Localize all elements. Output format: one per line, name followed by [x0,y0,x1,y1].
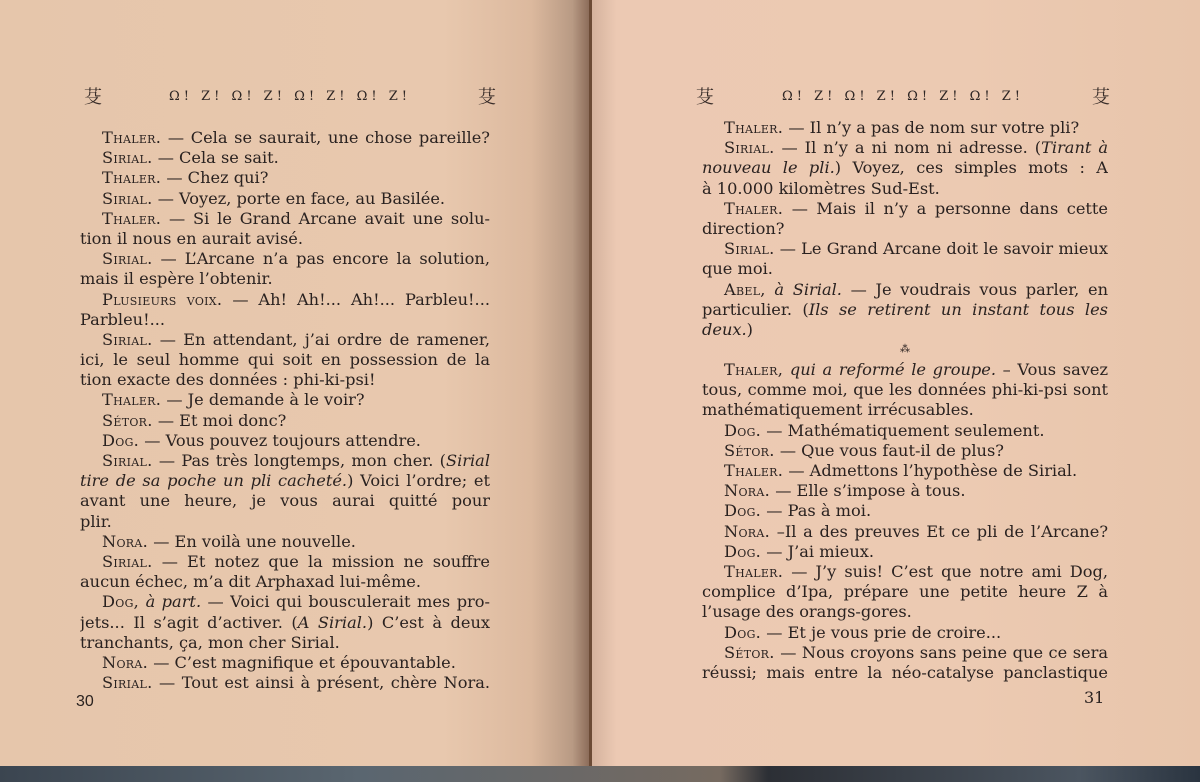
speaker-name: Sirial. [724,138,775,157]
dialogue-text: plir. [80,512,112,531]
speaker-name: Sirial. [102,330,153,349]
speaker-name: Sétor. [102,411,153,430]
text-line: Nora. — En voilà une nouvelle. [80,532,490,552]
text-line: particulier. (Ils se retirent un instant… [702,300,1108,320]
dialogue-text: que moi. [702,259,773,278]
dialogue-text: — Elle s’impose à tous. [770,481,965,500]
stage-direction: nouveau le pli. [702,158,835,177]
dialogue-text: tion il nous en aurait avisé. [80,229,303,248]
running-head: Ω! Z! Ω! Z! Ω! Z! Ω! Z! [782,89,1024,104]
dialogue-text: mais il espère l’obtenir. [80,269,273,288]
right-page: 芟 Ω! Z! Ω! Z! Ω! Z! Ω! Z! 芟 Thaler. — Il… [592,0,1200,768]
dialogue-text: ) Voici l’ordre; et [347,471,490,490]
ornament-icon: 芟 [696,83,714,109]
stage-direction: Sirial [446,451,490,470]
text-line: Dog. — Pas à moi. [702,501,1108,521]
speaker-name: Nora. [102,653,148,672]
text-line: Dog. — Et je vous prie de croire... [702,623,1108,643]
speaker-name: Thaler, [724,360,783,379]
dialogue-text: — Pas très longtemps, mon cher. ( [153,451,446,470]
dialogue-text: ) [747,320,753,339]
text-line: Sétor. — Et moi donc? [80,411,490,431]
dialogue-text: — Mathématiquement seulement. [761,421,1044,440]
text-line: tion il nous en aurait avisé. [80,229,490,249]
ornament-icon: 芟 [84,83,102,109]
speaker-name: Thaler. [102,128,161,147]
text-line: Sirial. — L’Arcane n’a pas encore la sol… [80,249,490,269]
dialogue-text: — Nous croyons sans peine que ce sera [775,643,1108,662]
text-line: Sirial. — Tout est ainsi à présent, chèr… [80,673,490,693]
dialogue-text: –Il a des preuves Et ce pli de l’Arcane? [770,522,1108,541]
text-line: que moi. [702,259,1108,279]
text-line: Plusieurs voix. — Ah! Ah!... Ah!... Parb… [80,290,490,310]
stage-direction: tire de sa poche un pli cacheté. [80,471,347,490]
text-line: Sétor. — Que vous faut-il de plus? [702,441,1108,461]
text-line: Nora. — Elle s’impose à tous. [702,481,1108,501]
text-line: Thaler. — Je demande à le voir? [80,390,490,410]
text-line: Nora. — C’est magnifique et épouvantable… [80,653,490,673]
book-bottom-edge [0,766,1200,782]
page-number: 31 [1084,688,1104,707]
dialogue-text: ) C’est à deux [367,613,490,632]
stage-direction: deux. [702,320,747,339]
dialogue-text: — Voici qui bousculerait mes pro- [201,592,490,611]
speaker-name: Dog. [724,501,761,520]
text-line: Abel, à Sirial. — Je voudrais vous parle… [702,280,1108,300]
stage-direction: à Sirial. [766,280,842,299]
speaker-name: Abel, [724,280,766,299]
text-line: Sirial. — Et notez que la mission ne sou… [80,552,490,572]
text-line: jets... Il s’agit d’activer. (A Sirial.)… [80,613,490,633]
stage-direction: à part. [139,592,201,611]
text-line: Sirial. — Le Grand Arcane doit le savoir… [702,239,1108,259]
dialogue-text: — Vous pouvez toujours attendre. [139,431,421,450]
dialogue-text: — J’ai mieux. [761,542,874,561]
text-line: Dog, à part. — Voici qui bousculerait me… [80,592,490,612]
dialogue-text: particulier. ( [702,300,809,319]
dialogue-text: à 10.000 kilomètres Sud-Est. [702,179,940,198]
speaker-name: Thaler. [724,199,783,218]
speaker-name: Sirial. [102,451,153,470]
dialogue-text: — Ah! Ah!... Ah!... Parbleu!... [222,290,490,309]
dialogue-text: — Le Grand Arcane doit le savoir mieux [775,239,1108,258]
text-line: Parbleu!... [80,310,490,330]
speaker-name: Dog. [102,431,139,450]
text-line: tire de sa poche un pli cacheté.) Voici … [80,471,490,491]
text-line: mathématiquement irrécusables. [702,400,1108,420]
dialogue-text: — Chez qui? [161,168,268,187]
text-line: direction? [702,219,1108,239]
text-line: Dog. — Vous pouvez toujours attendre. [80,431,490,451]
text-line: Thaler. — Il n’y a pas de nom sur votre … [702,118,1108,138]
dialogue-text: — Et moi donc? [153,411,287,430]
left-page-text: Thaler. — Cela se saurait, une chose par… [80,128,490,693]
stage-direction: A Sirial. [298,613,367,632]
dialogue-text: — L’Arcane n’a pas encore la solution, [153,249,490,268]
dialogue-text: tion exacte des données : phi-ki-psi! [80,370,375,389]
dialogue-text: mathématiquement irrécusables. [702,400,974,419]
text-line: Thaler, qui a reformé le groupe. – Vous … [702,360,1108,380]
speaker-name: Sirial. [102,249,153,268]
right-page-text: Thaler. — Il n’y a pas de nom sur votre … [702,118,1108,683]
dialogue-text: aucun échec, m’a dit Arphaxad lui-même. [80,572,421,591]
text-line: Sirial. — Pas très longtemps, mon cher. … [80,451,490,471]
dialogue-text: complice d’Ipa, prépare une petite heure… [702,582,1108,601]
text-line: Dog. — J’ai mieux. [702,542,1108,562]
text-line: aucun échec, m’a dit Arphaxad lui-même. [80,572,490,592]
text-line: Thaler. — Cela se saurait, une chose par… [80,128,490,148]
dialogue-text: — Pas à moi. [761,501,871,520]
text-line: Thaler. — Mais il n’y a personne dans ce… [702,199,1108,219]
text-line: Thaler. — Chez qui? [80,168,490,188]
dialogue-text: — En attendant, j’ai ordre de ramener, [153,330,490,349]
text-line: Thaler. — J’y suis! C’est que notre ami … [702,562,1108,582]
speaker-name: Sirial. [102,673,153,692]
dialogue-text: direction? [702,219,784,238]
speaker-name: Sirial. [102,189,153,208]
dialogue-text: — Voyez, porte en face, au Basilée. [153,189,446,208]
dialogue-text: jets... Il s’agit d’activer. ( [80,613,298,632]
text-line: mais il espère l’obtenir. [80,269,490,289]
speaker-name: Thaler. [102,390,161,409]
dialogue-text: — Je demande à le voir? [161,390,364,409]
text-line: Sirial. — Voyez, porte en face, au Basil… [80,189,490,209]
text-line: Thaler. — Admettons l’hypothèse de Siria… [702,461,1108,481]
text-line: Sirial. — En attendant, j’ai ordre de ra… [80,330,490,350]
left-page: 芟 Ω! Z! Ω! Z! Ω! Z! Ω! Z! 芟 Thaler. — Ce… [0,0,590,768]
speaker-name: Nora. [102,532,148,551]
speaker-name: Thaler. [724,562,783,581]
dialogue-text: — Il n’y a ni nom ni adresse. ( [775,138,1042,157]
left-page-header: 芟 Ω! Z! Ω! Z! Ω! Z! Ω! Z! 芟 [84,84,496,108]
text-line: tous, comme moi, que les données phi-ki-… [702,380,1108,400]
dialogue-text: — Admettons l’hypothèse de Sirial. [783,461,1077,480]
text-line: Sirial. — Cela se sait. [80,148,490,168]
text-line: Dog. — Mathématiquement seulement. [702,421,1108,441]
stage-direction: Tirant à [1041,138,1108,157]
speaker-name: Sétor. [724,441,775,460]
speaker-name: Thaler. [724,461,783,480]
right-page-header: 芟 Ω! Z! Ω! Z! Ω! Z! Ω! Z! 芟 [696,84,1110,108]
dialogue-text: tranchants, ça, mon cher Sirial. [80,633,340,652]
speaker-name: Nora. [724,481,770,500]
speaker-name: Sirial. [102,148,153,167]
speaker-name: Sétor. [724,643,775,662]
speaker-name: Plusieurs voix. [102,290,222,309]
text-line: Nora. –Il a des preuves Et ce pli de l’A… [702,522,1108,542]
dialogue-text: — Mais il n’y a personne dans cette [783,199,1108,218]
dialogue-text: — Si le Grand Arcane avait une solu- [161,209,490,228]
dialogue-text: — Tout est ainsi à présent, chère Nora. [153,673,490,692]
page-number: 30 [76,693,94,711]
section-break: ⁂ [702,340,1108,360]
dialogue-text: Parbleu!... [80,310,165,329]
dialogue-text: — Que vous faut-il de plus? [775,441,1004,460]
speaker-name: Thaler. [102,209,161,228]
dialogue-text: — Cela se sait. [153,148,279,167]
speaker-name: Thaler. [102,168,161,187]
dialogue-text: avant une heure, je vous aurai quitté po… [80,491,490,511]
text-line: complice d’Ipa, prépare une petite heure… [702,582,1108,602]
dialogue-text: tous, comme moi, que les données phi-ki-… [702,380,1108,399]
ornament-icon: 芟 [1092,83,1110,109]
speaker-name: Dog. [724,542,761,561]
text-line: tranchants, ça, mon cher Sirial. [80,633,490,653]
text-line: tion exacte des données : phi-ki-psi! [80,370,490,390]
dialogue-text: — Je voudrais vous parler, en [842,280,1108,299]
dialogue-text: — J’y suis! C’est que notre ami Dog, [783,562,1108,581]
text-line: avant une heure, je vous aurai quitté po… [80,491,490,511]
running-head: Ω! Z! Ω! Z! Ω! Z! Ω! Z! [169,89,411,104]
text-line: à 10.000 kilomètres Sud-Est. [702,179,1108,199]
speaker-name: Thaler. [724,118,783,137]
dialogue-text: ici, le seul homme qui soit en possessio… [80,350,490,370]
dialogue-text: l’usage des orangs-gores. [702,602,912,621]
dialogue-text: réussi; mais entre la néo-catalyse pancl… [702,663,1108,683]
dialogue-text: – Vous savez [996,360,1108,379]
speaker-name: Dog, [102,592,139,611]
dialogue-text: — Il n’y a pas de nom sur votre pli? [783,118,1079,137]
speaker-name: Sirial. [102,552,153,571]
text-line: plir. [80,512,490,532]
ornament-icon: 芟 [478,83,496,109]
speaker-name: Sirial. [724,239,775,258]
text-line: Sétor. — Nous croyons sans peine que ce … [702,643,1108,663]
speaker-name: Nora. [724,522,770,541]
text-line: Thaler. — Si le Grand Arcane avait une s… [80,209,490,229]
text-line: deux.) [702,320,1108,340]
text-line: ici, le seul homme qui soit en possessio… [80,350,490,370]
text-line: réussi; mais entre la néo-catalyse pancl… [702,663,1108,683]
dialogue-text: — Et je vous prie de croire... [761,623,1001,642]
dialogue-text: — Et notez que la mission ne souffre [153,552,490,571]
dialogue-text: — C’est magnifique et épouvantable. [148,653,456,672]
speaker-name: Dog. [724,421,761,440]
text-line: l’usage des orangs-gores. [702,602,1108,622]
text-line: Sirial. — Il n’y a ni nom ni adresse. (T… [702,138,1108,158]
stage-direction: Ils se retirent un instant tous les [809,300,1108,319]
stage-direction: qui a reformé le groupe. [783,360,996,379]
book-spread: 芟 Ω! Z! Ω! Z! Ω! Z! Ω! Z! 芟 Thaler. — Ce… [0,0,1200,768]
speaker-name: Dog. [724,623,761,642]
dialogue-text: — En voilà une nouvelle. [148,532,356,551]
text-line: nouveau le pli.) Voyez, ces simples mots… [702,158,1108,178]
dialogue-text: — Cela se saurait, une chose pareille? [161,128,490,147]
